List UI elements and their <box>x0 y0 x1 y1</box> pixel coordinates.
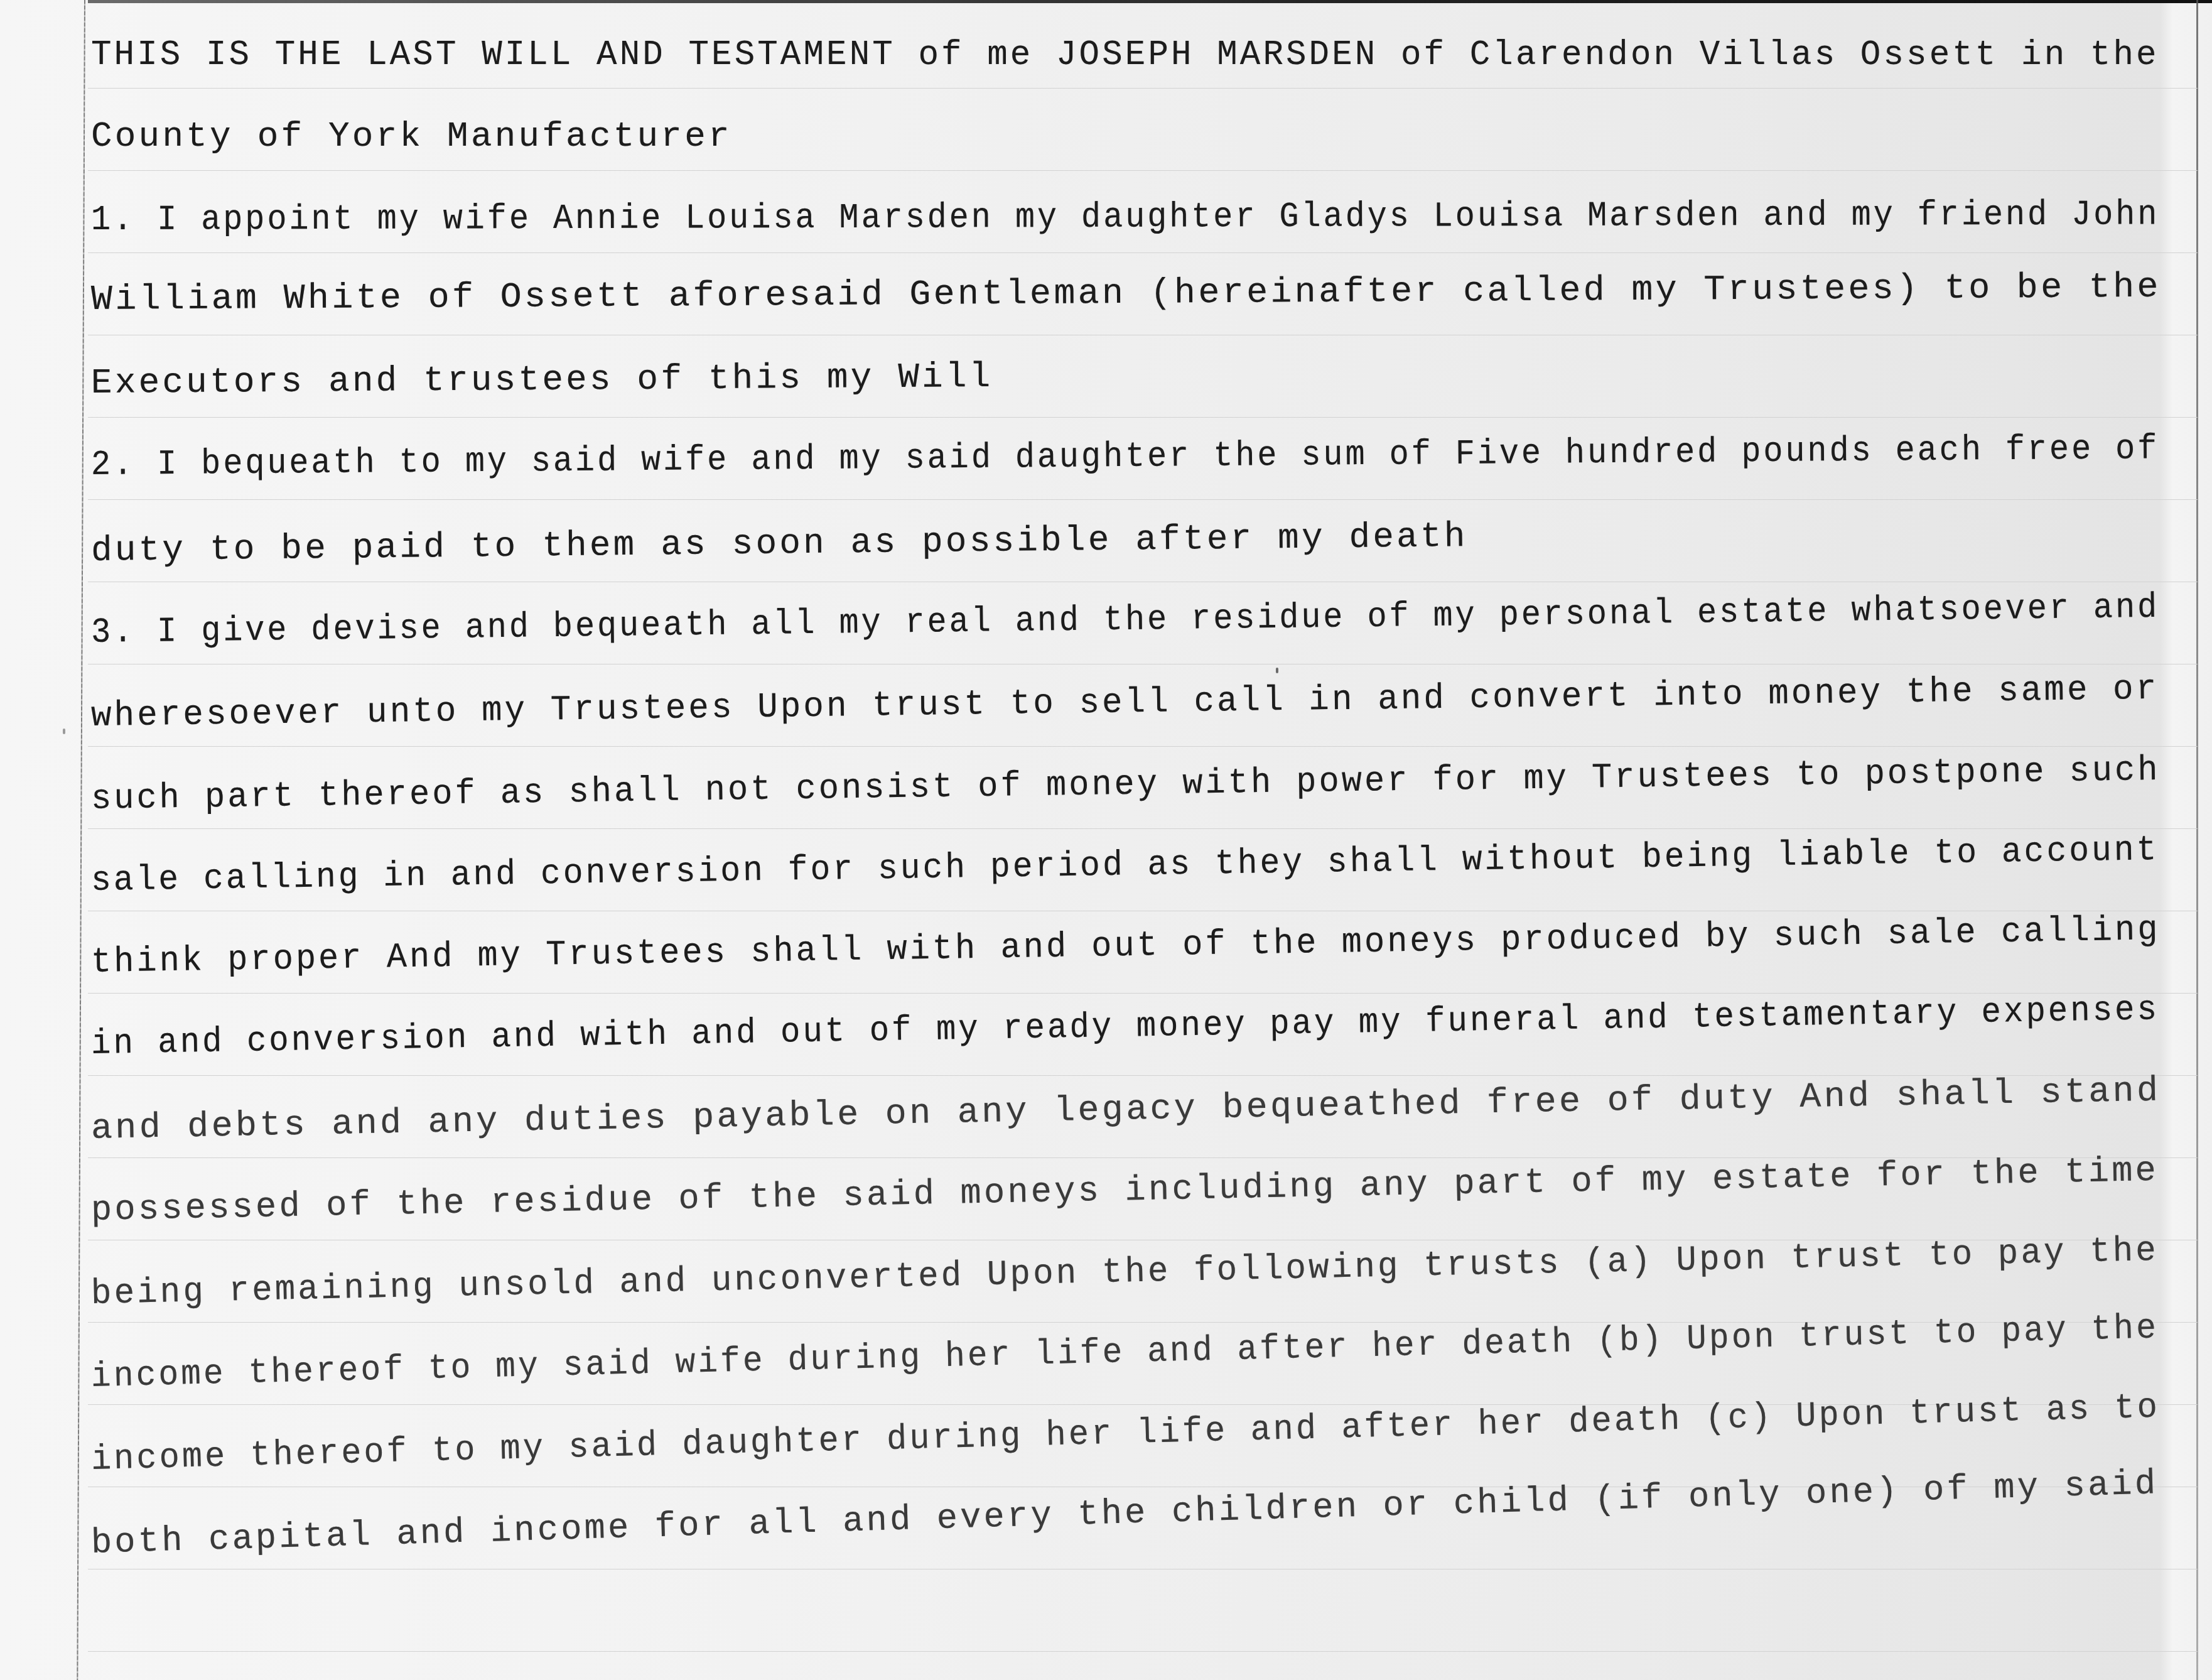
text-line: duty to be paid to them as soon as possi… <box>91 516 1468 571</box>
ruled-line <box>88 88 2198 89</box>
text-line: think proper And my Trustees shall with … <box>90 909 2160 982</box>
ink-speck <box>63 729 65 734</box>
ruled-line <box>88 1569 2198 1569</box>
text-line: 1. I appoint my wife Annie Louisa Marsde… <box>91 194 2159 240</box>
document-page: THIS IS THE LAST WILL AND TESTAMENT of m… <box>0 0 2212 1680</box>
text-line: income thereof to my said daughter durin… <box>90 1387 2160 1480</box>
text-line: County of York Manufacturer <box>91 116 732 156</box>
text-line: both capital and income for all and ever… <box>90 1463 2159 1563</box>
ruled-line <box>88 1651 2198 1652</box>
ink-speck <box>1276 668 1278 673</box>
ruled-line <box>88 417 2198 418</box>
text-line: income thereof to my said wife during he… <box>90 1308 2159 1397</box>
text-line: William White of Ossett aforesaid Gentle… <box>91 267 2161 320</box>
ruled-line <box>88 252 2198 253</box>
ruled-line <box>88 746 2198 747</box>
text-line: sale calling in and conversion for such … <box>91 830 2159 901</box>
text-line: THIS IS THE LAST WILL AND TESTAMENT of m… <box>91 35 2159 75</box>
text-line: possessed of the residue of the said mon… <box>90 1151 2159 1230</box>
text-line: and debts and any duties payable on any … <box>90 1071 2161 1149</box>
left-margin-line <box>77 0 85 1680</box>
ruled-line <box>88 828 2198 829</box>
text-line: in and conversion and with and out of my… <box>90 989 2159 1064</box>
text-line: such part thereof as shall not consist o… <box>91 750 2161 819</box>
page-top-edge <box>88 0 2212 3</box>
text-line: 2. I bequeath to my said wife and my sai… <box>91 428 2160 485</box>
ruled-line <box>88 582 2198 582</box>
text-line: wheresoever unto my Trustees Upon trust … <box>91 669 2159 736</box>
text-line: 3. I give devise and bequeath all my rea… <box>91 587 2160 653</box>
ruled-line <box>88 499 2198 500</box>
ruled-line <box>88 664 2198 664</box>
ruled-line <box>88 335 2198 335</box>
ruled-line <box>88 170 2198 171</box>
text-line: Executors and trustees of this my Will <box>91 357 993 403</box>
ruled-line <box>88 911 2198 911</box>
text-line: being remaining unsold and unconverted U… <box>90 1230 2159 1314</box>
